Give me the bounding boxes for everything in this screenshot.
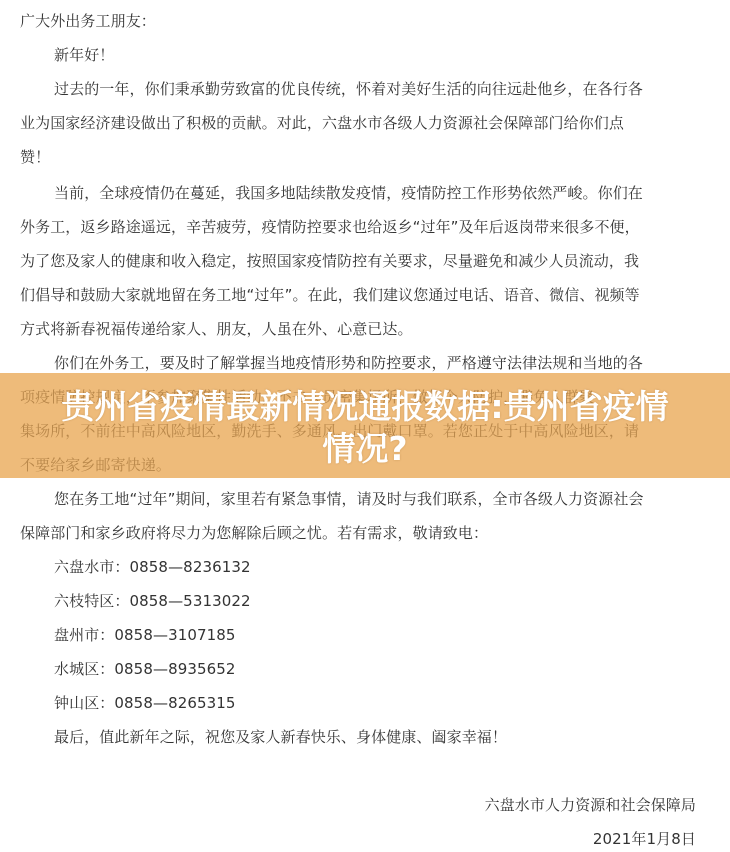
headline-title: 贵州省疫情最新情况通报数据:贵州省疫情 情况? <box>0 386 730 470</box>
paragraph-line: 当前，全球疫情仍在蔓延，我国多地陆续散发疫情，疫情防控工作形势依然严峻。你们在 <box>54 183 643 203</box>
paragraph-line: 过去的一年，你们秉承勤劳致富的优良传统，怀着对美好生活的向往远赴他乡，在各行各 <box>54 79 643 99</box>
paragraph-line: 你们在外务工，要及时了解掌握当地疫情形势和防控要求，严格遵守法律法规和当地的各 <box>54 353 643 373</box>
paragraph-line: 方式将新春祝福传递给家人、朋友，人虽在外、心意已达。 <box>20 319 413 339</box>
paragraph-line: 为了您及家人的健康和收入稳定，按照国家疫情防控有关要求，尽量避免和减少人员流动，… <box>20 251 639 271</box>
date: 2021年1月8日 <box>593 829 696 849</box>
paragraph-line: 业为国家经济建设做出了积极的贡献。对此，六盘水市各级人力资源社会保障部门给你们点 <box>20 113 624 133</box>
headline-title-line2: 情况? <box>0 428 730 470</box>
greeting: 新年好！ <box>54 45 114 65</box>
contact-item: 水城区：0858—8935652 <box>54 659 236 679</box>
contact-item: 六盘水市：0858—8236132 <box>54 557 251 577</box>
contact-item: 盘州市：0858—3107185 <box>54 625 236 645</box>
paragraph-line: 您在务工地“过年”期间，家里若有紧急事情，请及时与我们联系，全市各级人力资源社会 <box>54 489 644 509</box>
closing-line: 最后，值此新年之际，祝您及家人新春快乐、身体健康、阖家幸福！ <box>54 727 507 747</box>
contact-item: 六枝特区：0858—5313022 <box>54 591 251 611</box>
paragraph-line: 赞！ <box>20 147 50 167</box>
paragraph-line: 保障部门和家乡政府将尽力为您解除后顾之忧。若有需求，敬请致电： <box>20 523 488 543</box>
paragraph-line: 外务工，返乡路途遥远，辛苦疲劳，疫情防控要求也给返乡“过年”及年后返岗带来很多不… <box>20 217 640 237</box>
salutation: 广大外出务工朋友： <box>20 11 156 31</box>
contact-item: 钟山区：0858—8265315 <box>54 693 236 713</box>
paragraph-line: 们倡导和鼓励大家就地留在务工地“过年”。在此，我们建议您通过电话、语音、微信、视… <box>20 285 640 305</box>
signature: 六盘水市人力资源和社会保障局 <box>485 795 696 815</box>
headline-title-line1: 贵州省疫情最新情况通报数据:贵州省疫情 <box>0 386 730 428</box>
